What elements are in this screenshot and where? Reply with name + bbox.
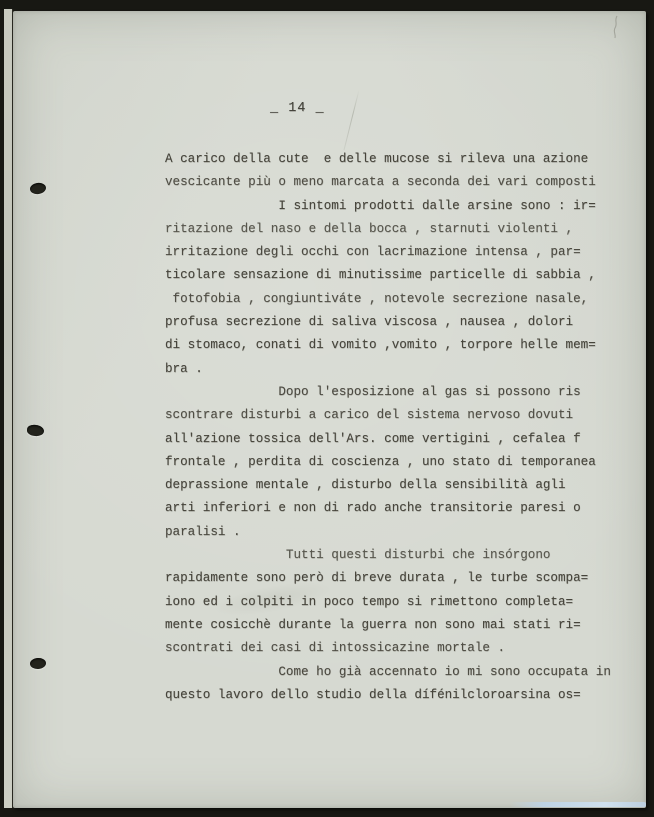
punch-hole	[29, 182, 46, 195]
text-line: irritazione degli occhi con lacrimazione…	[165, 241, 635, 264]
text-line: vescicante più o meno marcata a seconda …	[165, 171, 635, 194]
text-line: fotofobia , congiuntiváte , notevole sec…	[165, 288, 635, 311]
punch-hole	[26, 424, 44, 437]
text-line: Come ho già accennato io mi sono occupat…	[165, 661, 635, 684]
text-line: rapidamente sono però di breve durata , …	[165, 567, 635, 590]
typewritten-text-block: A carico della cute e delle mucose si ri…	[165, 148, 635, 707]
text-line: all'azione tossica dell'Ars. come vertig…	[165, 428, 635, 451]
text-line: scontrare disturbi a carico del sistema …	[165, 404, 635, 427]
pencil-mark	[605, 13, 627, 43]
text-line: di stomaco, conati di vomito ,vomito , t…	[165, 334, 635, 357]
text-line: frontale , perdita di coscienza , uno st…	[165, 451, 635, 474]
text-line: profusa secrezione di saliva viscosa , n…	[165, 311, 635, 334]
text-line: scontrati dei casi di intossicazine mort…	[165, 637, 635, 660]
text-line: paralisi .	[165, 521, 635, 544]
punch-hole	[30, 657, 47, 669]
document-page: _ 14 _ A carico della cute e delle mucos…	[13, 11, 646, 808]
text-line: questo lavoro dello studio della dífénil…	[165, 684, 635, 707]
text-line: I sintomi prodotti dalle arsine sono : i…	[165, 195, 635, 218]
text-line: bra .	[165, 358, 635, 381]
text-line: ritazione del naso e della bocca , starn…	[165, 218, 635, 241]
next-sheet-edge	[510, 802, 646, 807]
text-line: mente cosicchè durante la guerra non son…	[165, 614, 635, 637]
text-line: ticolare sensazione di minutissime parti…	[165, 264, 635, 287]
underlying-page-edge	[4, 9, 12, 808]
text-line: arti inferiori e non di rado anche trans…	[165, 497, 635, 520]
text-line: deprassione mentale , disturbo della sen…	[165, 474, 635, 497]
text-line: Dopo l'esposizione al gas si possono ris	[165, 381, 635, 404]
page-number: _ 14 _	[270, 101, 325, 116]
text-line: Tutti questi disturbi che insórgono	[165, 544, 635, 567]
text-line: iono ed i colpiti in poco tempo si rimet…	[165, 591, 635, 614]
paper-crease	[344, 90, 360, 150]
text-line: A carico della cute e delle mucose si ri…	[165, 148, 635, 171]
